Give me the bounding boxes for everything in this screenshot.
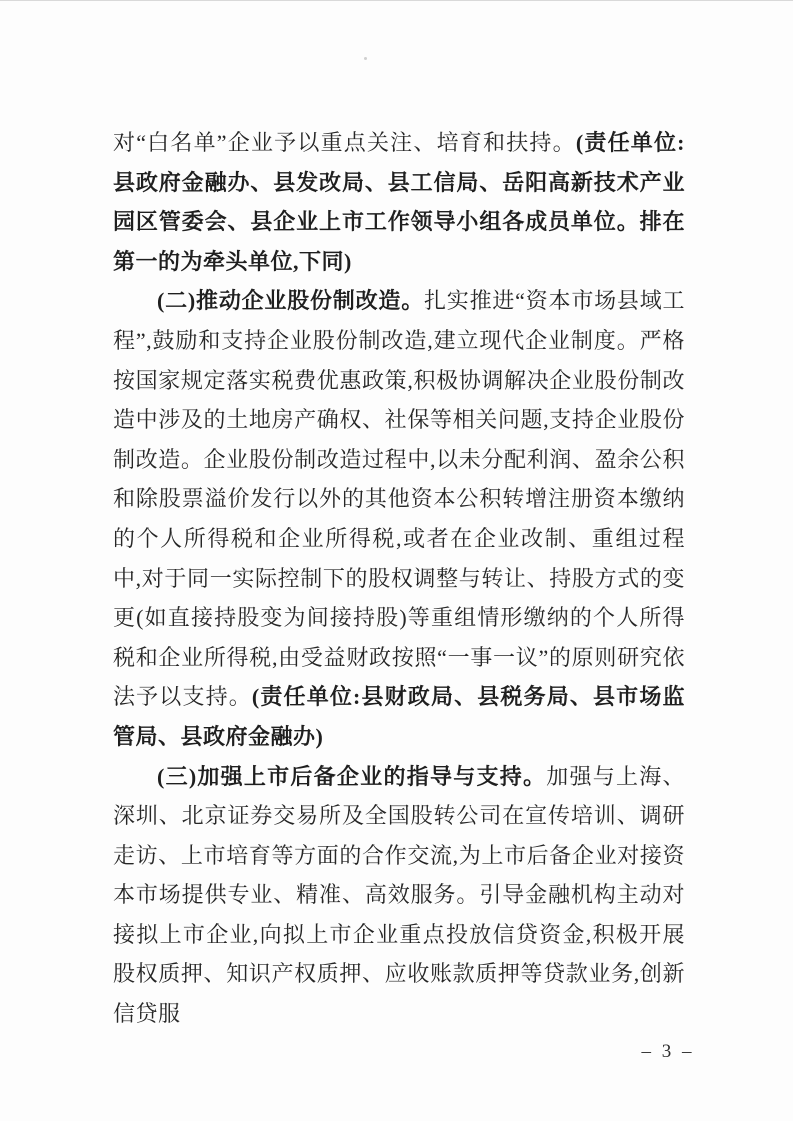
- continuation-paragraph: 对“白名单”企业予以重点关注、培育和扶持。(责任单位: 县政府金融办、县发改局、…: [113, 123, 685, 281]
- section-3-body-text: 加强与上海、深圳、北京证券交易所及全国股转公司在宣传培训、调研走访、上市培育等方…: [113, 764, 685, 1027]
- body-text: 对“白名单”企业予以重点关注、培育和扶持。: [113, 130, 576, 155]
- section-2-body-text: 扎实推进“资本市场县域工程”,鼓励和支持企业股份制改造,建立现代企业制度。严格按…: [113, 288, 685, 709]
- scan-speck-artifact: [364, 57, 367, 60]
- document-body: 对“白名单”企业予以重点关注、培育和扶持。(责任单位: 县政府金融办、县发改局、…: [113, 123, 685, 1034]
- section-2-heading: (二)推动企业股份制改造。: [157, 288, 424, 313]
- section-3-paragraph: (三)加强上市后备企业的指导与支持。加强与上海、深圳、北京证券交易所及全国股转公…: [113, 757, 685, 1034]
- scan-edge-artifact: [0, 0, 793, 1]
- section-3-heading: (三)加强上市后备企业的指导与支持。: [157, 764, 546, 789]
- scanned-document-page: 对“白名单”企业予以重点关注、培育和扶持。(责任单位: 县政府金融办、县发改局、…: [0, 0, 793, 1121]
- page-number: – 3 –: [603, 1041, 733, 1063]
- section-2-paragraph: (二)推动企业股份制改造。扎实推进“资本市场县域工程”,鼓励和支持企业股份制改造…: [113, 281, 685, 756]
